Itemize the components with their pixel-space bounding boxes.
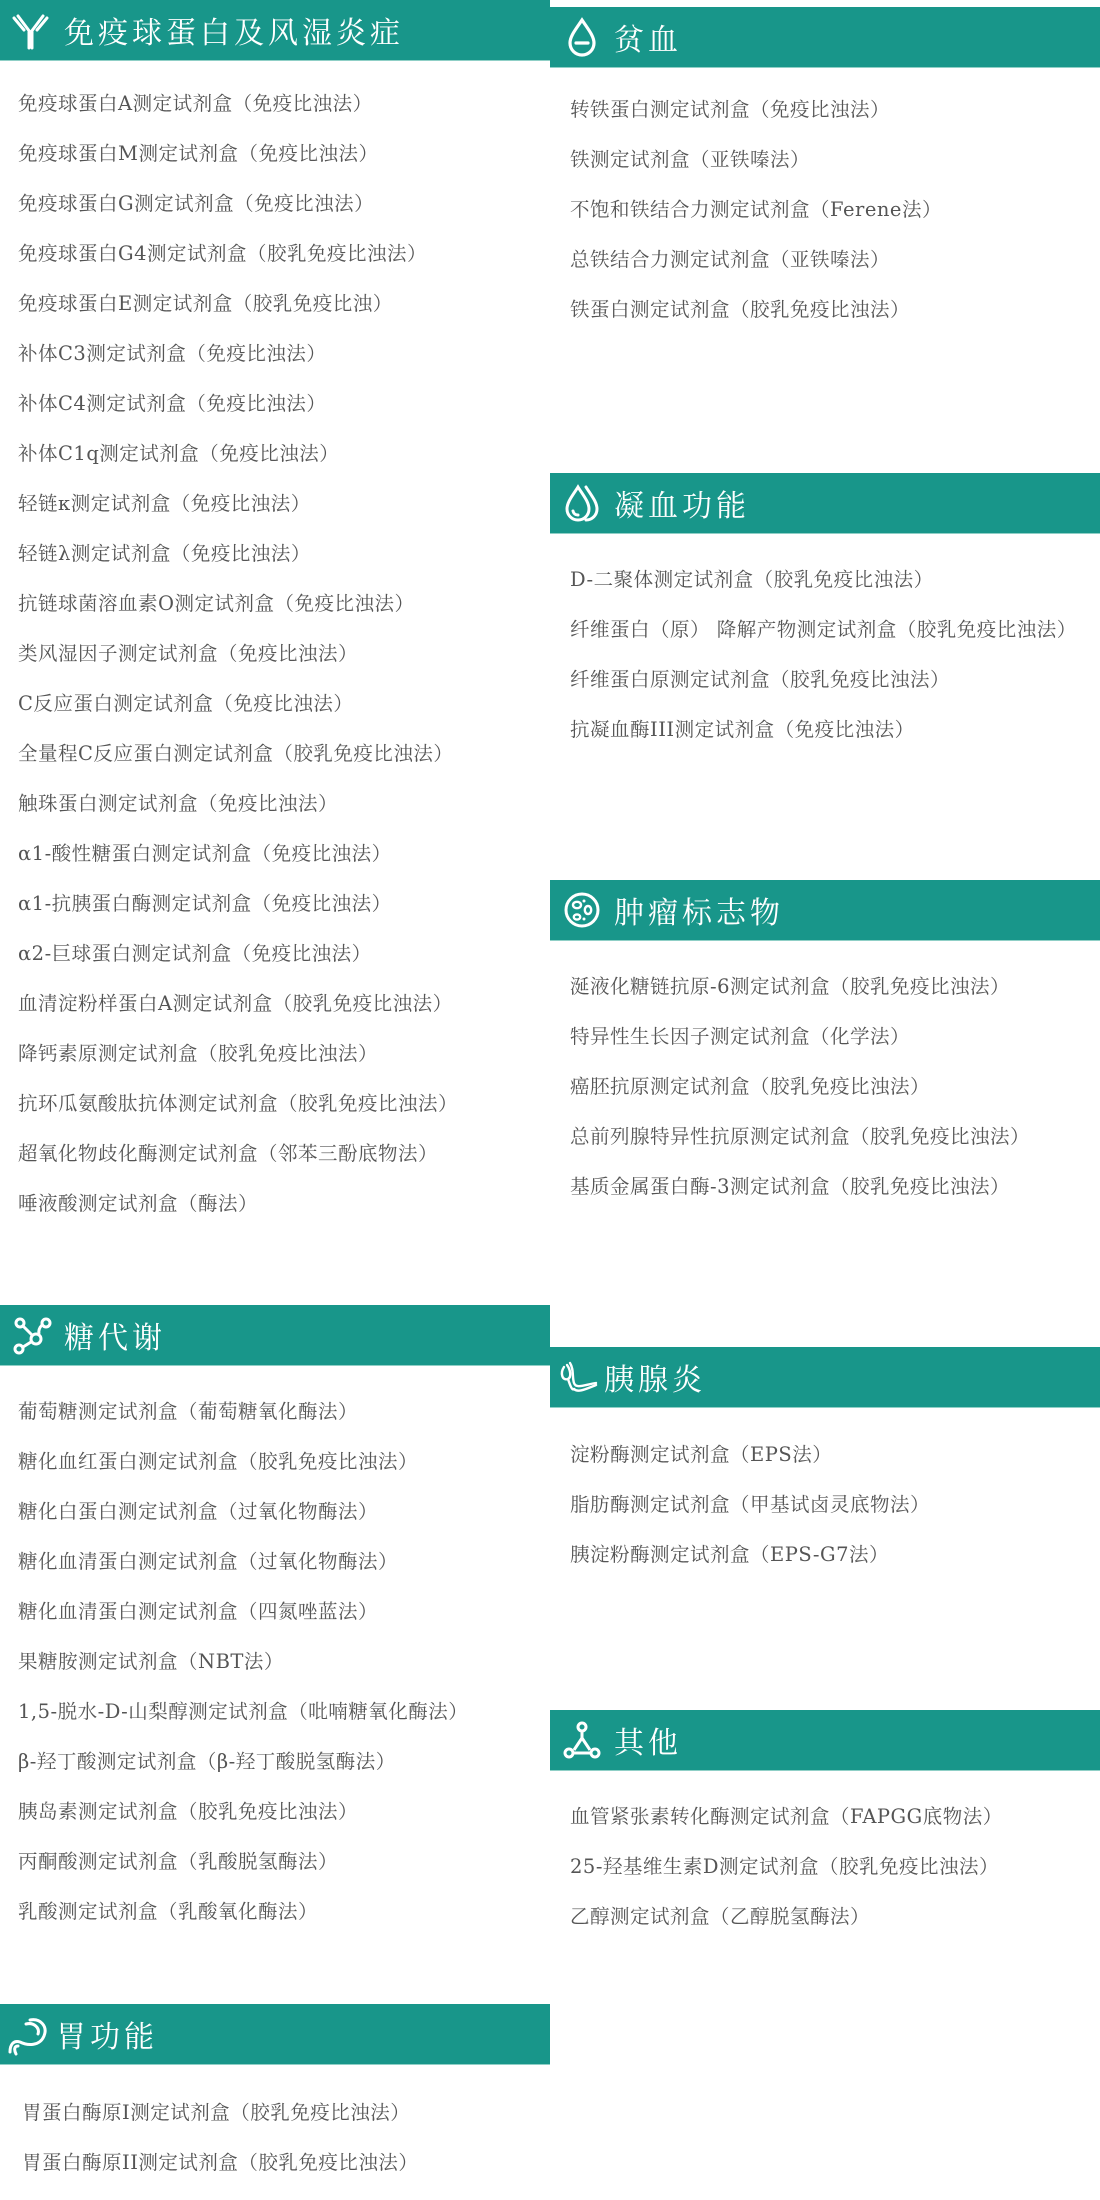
product-list: 转铁蛋白测定试剂盒（免疫比浊法） 铁测定试剂盒（亚铁嗪法） 不饱和铁结合力测定试…: [550, 85, 1100, 335]
product-item[interactable]: 纤维蛋白原测定试剂盒（胶乳免疫比浊法）: [550, 655, 1100, 705]
product-item[interactable]: 乳酸测定试剂盒（乳酸氧化酶法）: [0, 1887, 550, 1937]
product-item[interactable]: 抗凝血酶III测定试剂盒（免疫比浊法）: [550, 705, 1100, 755]
section-title: 胃功能: [56, 2012, 158, 2056]
product-item[interactable]: 糖化白蛋白测定试剂盒（过氧化物酶法）: [0, 1487, 550, 1537]
section-title: 肿瘤标志物: [614, 888, 784, 932]
product-item[interactable]: 胃蛋白酶原I测定试剂盒（胶乳免疫比浊法）: [0, 2088, 550, 2138]
section-title: 胰腺炎: [604, 1355, 706, 1399]
product-list: 涎液化糖链抗原-6测定试剂盒（胶乳免疫比浊法） 特异性生长因子测定试剂盒（化学法…: [550, 962, 1100, 1212]
section-gastric: 胃功能 胃蛋白酶原I测定试剂盒（胶乳免疫比浊法） 胃蛋白酶原II测定试剂盒（胶乳…: [0, 2004, 550, 2188]
blood-drop-minus-icon: [558, 13, 606, 61]
product-item[interactable]: α1-酸性糖蛋白测定试剂盒（免疫比浊法）: [0, 829, 550, 879]
product-item[interactable]: 胰淀粉酶测定试剂盒（EPS-G7法）: [550, 1530, 1100, 1580]
section-glucose: 糖代谢 葡萄糖测定试剂盒（葡萄糖氧化酶法） 糖化血红蛋白测定试剂盒（胶乳免疫比浊…: [0, 1305, 550, 1937]
product-item[interactable]: 糖化血红蛋白测定试剂盒（胶乳免疫比浊法）: [0, 1437, 550, 1487]
pancreas-icon: [554, 1353, 602, 1401]
product-item[interactable]: 抗链球菌溶血素O测定试剂盒（免疫比浊法）: [0, 579, 550, 629]
product-item[interactable]: 铁蛋白测定试剂盒（胶乳免疫比浊法）: [550, 285, 1100, 335]
product-list: 淀粉酶测定试剂盒（EPS法） 脂肪酶测定试剂盒（甲基试卤灵底物法） 胰淀粉酶测定…: [550, 1430, 1100, 1580]
product-list: D-二聚体测定试剂盒（胶乳免疫比浊法） 纤维蛋白（原） 降解产物测定试剂盒（胶乳…: [550, 555, 1100, 755]
stomach-icon: [4, 2010, 52, 2058]
molecule-tri-icon: [558, 1716, 606, 1764]
section-header-pancreatitis: 胰腺炎: [550, 1347, 1100, 1408]
product-item[interactable]: 涎液化糖链抗原-6测定试剂盒（胶乳免疫比浊法）: [550, 962, 1100, 1012]
cell-icon: [558, 886, 606, 934]
product-item[interactable]: 纤维蛋白（原） 降解产物测定试剂盒（胶乳免疫比浊法）: [550, 605, 1100, 655]
molecule-chain-icon: [8, 1311, 56, 1359]
section-other: 其他 血管紧张素转化酶测定试剂盒（FAPGG底物法） 25-羟基维生素D测定试剂…: [550, 1710, 1100, 1942]
product-item[interactable]: 轻链λ测定试剂盒（免疫比浊法）: [0, 529, 550, 579]
product-item[interactable]: 唾液酸测定试剂盒（酶法）: [0, 1179, 550, 1229]
product-item[interactable]: 免疫球蛋白G4测定试剂盒（胶乳免疫比浊法）: [0, 229, 550, 279]
product-item[interactable]: 癌胚抗原测定试剂盒（胶乳免疫比浊法）: [550, 1062, 1100, 1112]
double-drop-icon: [558, 479, 606, 527]
product-item[interactable]: 补体C4测定试剂盒（免疫比浊法）: [0, 379, 550, 429]
antibody-icon: [8, 6, 56, 54]
product-item[interactable]: 葡萄糖测定试剂盒（葡萄糖氧化酶法）: [0, 1387, 550, 1437]
product-item[interactable]: 免疫球蛋白E测定试剂盒（胶乳免疫比浊）: [0, 279, 550, 329]
product-item[interactable]: 果糖胺测定试剂盒（NBT法）: [0, 1637, 550, 1687]
section-header-immuno: 免疫球蛋白及风湿炎症: [0, 0, 550, 61]
section-title: 糖代谢: [64, 1313, 166, 1357]
product-item[interactable]: α2-巨球蛋白测定试剂盒（免疫比浊法）: [0, 929, 550, 979]
section-header-other: 其他: [550, 1710, 1100, 1771]
section-title: 其他: [614, 1718, 682, 1762]
product-item[interactable]: 1,5-脱水-D-山梨醇测定试剂盒（吡喃糖氧化酶法）: [0, 1687, 550, 1737]
section-immuno: 免疫球蛋白及风湿炎症 免疫球蛋白A测定试剂盒（免疫比浊法） 免疫球蛋白M测定试剂…: [0, 0, 550, 1229]
product-item[interactable]: 总前列腺特异性抗原测定试剂盒（胶乳免疫比浊法）: [550, 1112, 1100, 1162]
product-item[interactable]: 糖化血清蛋白测定试剂盒（过氧化物酶法）: [0, 1537, 550, 1587]
section-header-glucose: 糖代谢: [0, 1305, 550, 1366]
product-item[interactable]: C反应蛋白测定试剂盒（免疫比浊法）: [0, 679, 550, 729]
product-item[interactable]: 血清淀粉样蛋白A测定试剂盒（胶乳免疫比浊法）: [0, 979, 550, 1029]
product-item[interactable]: 胰岛素测定试剂盒（胶乳免疫比浊法）: [0, 1787, 550, 1837]
product-item[interactable]: 特异性生长因子测定试剂盒（化学法）: [550, 1012, 1100, 1062]
product-item[interactable]: 全量程C反应蛋白测定试剂盒（胶乳免疫比浊法）: [0, 729, 550, 779]
product-item[interactable]: 淀粉酶测定试剂盒（EPS法）: [550, 1430, 1100, 1480]
product-item[interactable]: 免疫球蛋白G测定试剂盒（免疫比浊法）: [0, 179, 550, 229]
product-item[interactable]: 补体C3测定试剂盒（免疫比浊法）: [0, 329, 550, 379]
product-item[interactable]: 基质金属蛋白酶-3测定试剂盒（胶乳免疫比浊法）: [550, 1162, 1100, 1212]
product-item[interactable]: 补体C1q测定试剂盒（免疫比浊法）: [0, 429, 550, 479]
section-pancreatitis: 胰腺炎 淀粉酶测定试剂盒（EPS法） 脂肪酶测定试剂盒（甲基试卤灵底物法） 胰淀…: [550, 1347, 1100, 1580]
product-item[interactable]: 总铁结合力测定试剂盒（亚铁嗪法）: [550, 235, 1100, 285]
product-item[interactable]: 丙酮酸测定试剂盒（乳酸脱氢酶法）: [0, 1837, 550, 1887]
product-list: 葡萄糖测定试剂盒（葡萄糖氧化酶法） 糖化血红蛋白测定试剂盒（胶乳免疫比浊法） 糖…: [0, 1387, 550, 1937]
product-item[interactable]: 免疫球蛋白A测定试剂盒（免疫比浊法）: [0, 79, 550, 129]
product-item[interactable]: 免疫球蛋白M测定试剂盒（免疫比浊法）: [0, 129, 550, 179]
product-item[interactable]: 抗环瓜氨酸肽抗体测定试剂盒（胶乳免疫比浊法）: [0, 1079, 550, 1129]
section-header-tumor: 肿瘤标志物: [550, 880, 1100, 941]
product-item[interactable]: 血管紧张素转化酶测定试剂盒（FAPGG底物法）: [550, 1792, 1100, 1842]
product-item[interactable]: 不饱和铁结合力测定试剂盒（Ferene法）: [550, 185, 1100, 235]
product-item[interactable]: 类风湿因子测定试剂盒（免疫比浊法）: [0, 629, 550, 679]
product-item[interactable]: 触珠蛋白测定试剂盒（免疫比浊法）: [0, 779, 550, 829]
product-item[interactable]: 糖化血清蛋白测定试剂盒（四氮唑蓝法）: [0, 1587, 550, 1637]
product-list: 免疫球蛋白A测定试剂盒（免疫比浊法） 免疫球蛋白M测定试剂盒（免疫比浊法） 免疫…: [0, 79, 550, 1229]
product-list: 血管紧张素转化酶测定试剂盒（FAPGG底物法） 25-羟基维生素D测定试剂盒（胶…: [550, 1792, 1100, 1942]
product-item[interactable]: 25-羟基维生素D测定试剂盒（胶乳免疫比浊法）: [550, 1842, 1100, 1892]
section-tumor: 肿瘤标志物 涎液化糖链抗原-6测定试剂盒（胶乳免疫比浊法） 特异性生长因子测定试…: [550, 880, 1100, 1212]
product-item[interactable]: 降钙素原测定试剂盒（胶乳免疫比浊法）: [0, 1029, 550, 1079]
product-item[interactable]: 乙醇测定试剂盒（乙醇脱氢酶法）: [550, 1892, 1100, 1942]
product-item[interactable]: β-羟丁酸测定试剂盒（β-羟丁酸脱氢酶法）: [0, 1737, 550, 1787]
product-item[interactable]: 转铁蛋白测定试剂盒（免疫比浊法）: [550, 85, 1100, 135]
section-header-coagulation: 凝血功能: [550, 473, 1100, 534]
product-item[interactable]: α1-抗胰蛋白酶测定试剂盒（免疫比浊法）: [0, 879, 550, 929]
section-title: 贫血: [614, 15, 682, 59]
section-title: 免疫球蛋白及风湿炎症: [64, 8, 404, 52]
section-title: 凝血功能: [614, 481, 750, 525]
section-header-anemia: 贫血: [550, 7, 1100, 68]
section-coagulation: 凝血功能 D-二聚体测定试剂盒（胶乳免疫比浊法） 纤维蛋白（原） 降解产物测定试…: [550, 473, 1100, 755]
product-item[interactable]: 胃蛋白酶原II测定试剂盒（胶乳免疫比浊法）: [0, 2138, 550, 2188]
product-item[interactable]: 脂肪酶测定试剂盒（甲基试卤灵底物法）: [550, 1480, 1100, 1530]
product-list: 胃蛋白酶原I测定试剂盒（胶乳免疫比浊法） 胃蛋白酶原II测定试剂盒（胶乳免疫比浊…: [0, 2088, 550, 2188]
section-header-gastric: 胃功能: [0, 2004, 550, 2065]
product-item[interactable]: D-二聚体测定试剂盒（胶乳免疫比浊法）: [550, 555, 1100, 605]
product-item[interactable]: 超氧化物歧化酶测定试剂盒（邻苯三酚底物法）: [0, 1129, 550, 1179]
section-anemia: 贫血 转铁蛋白测定试剂盒（免疫比浊法） 铁测定试剂盒（亚铁嗪法） 不饱和铁结合力…: [550, 7, 1100, 335]
product-item[interactable]: 铁测定试剂盒（亚铁嗪法）: [550, 135, 1100, 185]
product-item[interactable]: 轻链κ测定试剂盒（免疫比浊法）: [0, 479, 550, 529]
